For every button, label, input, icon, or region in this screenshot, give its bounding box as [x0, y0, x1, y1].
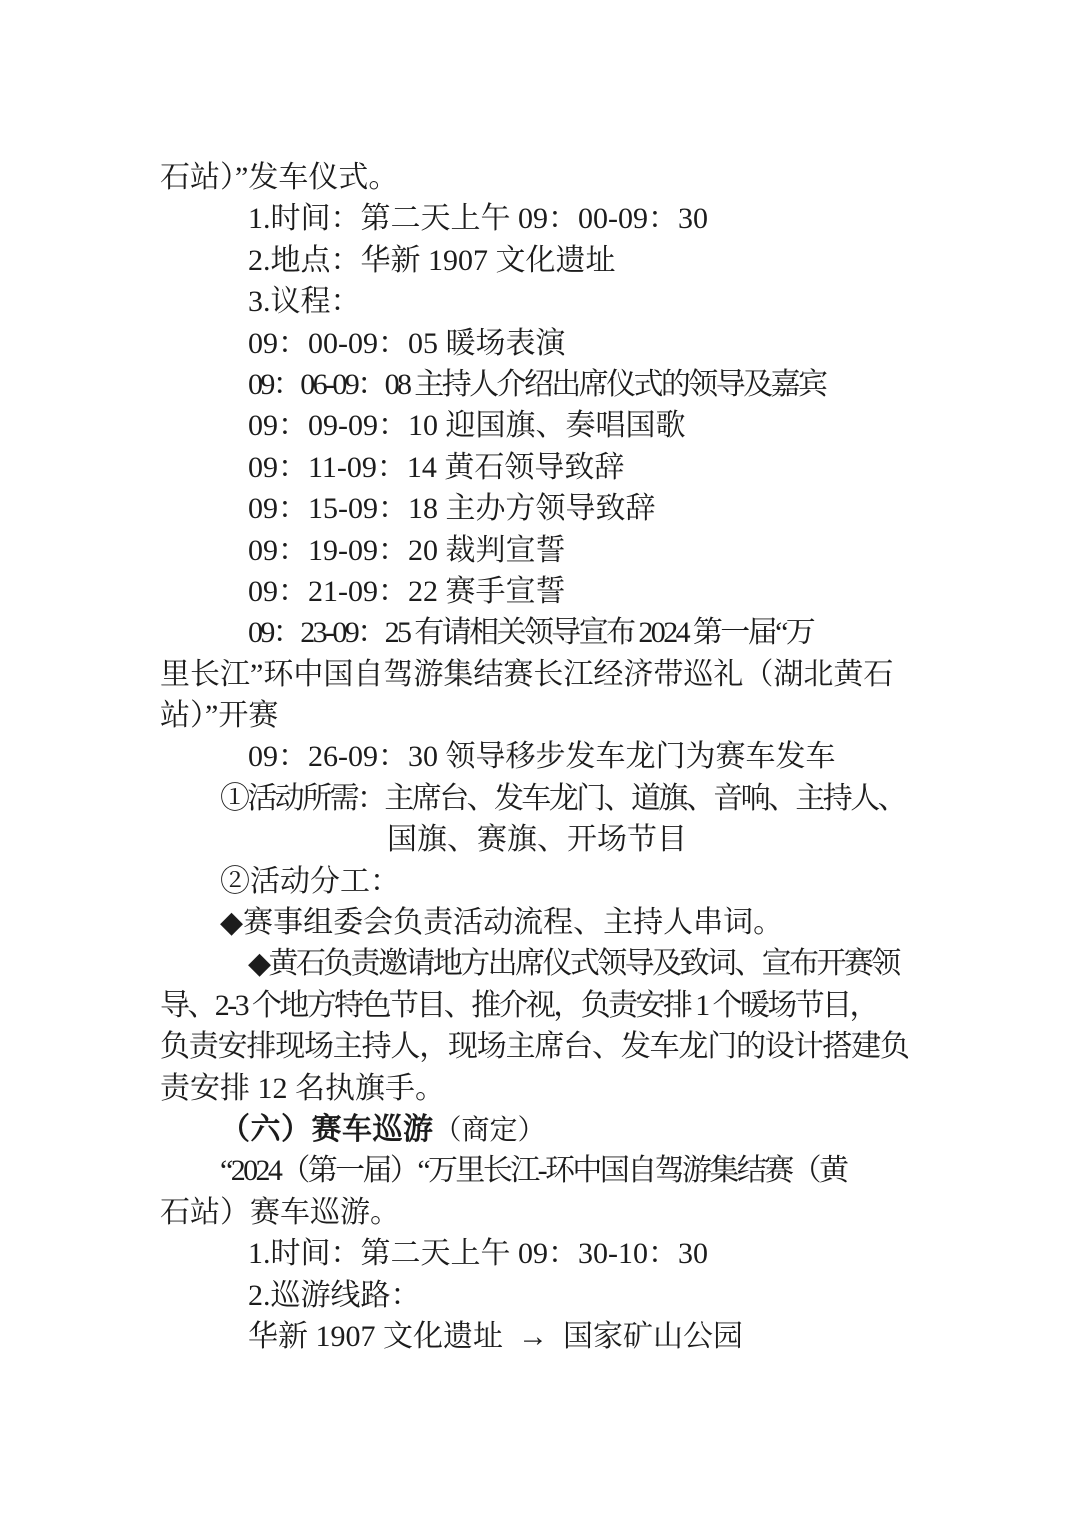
text-segment: 09：11-09：14 黄石领导致辞 — [248, 451, 624, 484]
text-segment: ①活动所需：主席台、发车龙门、道旗、音响、主持人、 — [220, 782, 905, 815]
text-segment: 09：06-09：08 主持人介绍出席仪式的领导及嘉宾 — [248, 368, 825, 401]
text-line: 国旗、赛旗、开场节目 — [160, 819, 914, 860]
text-segment: 1.时间：第二天上午 09：30-10：30 — [248, 1237, 708, 1270]
text-segment: 导、2-3 个地方特色节目、推介视，负责安排 1 个暖场节目， — [160, 989, 877, 1022]
text-segment: 站）”开赛 — [160, 699, 278, 732]
text-segment: 石站）赛车巡游。 — [160, 1196, 400, 1229]
text-segment: 09：19-09：20 裁判宣誓 — [248, 534, 566, 567]
text-segment: 2.地点：华新 1907 文化遗址 — [248, 244, 616, 277]
text-segment: 华新 1907 文化遗址 → 国家矿山公园 — [248, 1320, 743, 1353]
text-line: 09：09-09：10 迎国旗、奏唱国歌 — [160, 405, 914, 446]
text-segment: 09：23-09：25 有请相关领导宣布 2024 第一届“万 — [248, 616, 813, 649]
text-line: 09：00-09：05 暖场表演 — [160, 323, 914, 364]
text-line: ◆赛事组委会负责活动流程、主持人串词。 — [160, 902, 914, 943]
text-segment: ②活动分工： — [220, 865, 400, 898]
text-segment: 负责安排现场主持人，现场主席台、发车龙门的设计搭建负 — [160, 1030, 909, 1063]
text-segment: ◆黄石负责邀请地方出席仪式领导及致词、宣布开赛领 — [248, 947, 899, 980]
text-line: 09：11-09：14 黄石领导致辞 — [160, 447, 914, 488]
document-text: 石站）”发车仪式。1.时间：第二天上午 09：00-09：302.地点：华新 1… — [160, 157, 914, 1357]
text-line: 09：15-09：18 主办方领导致辞 — [160, 488, 914, 529]
text-line: 1.时间：第二天上午 09：30-10：30 — [160, 1233, 914, 1274]
text-line: ◆黄石负责邀请地方出席仪式领导及致词、宣布开赛领 — [160, 943, 914, 984]
text-segment: （六）赛车巡游 — [220, 1113, 434, 1146]
text-segment: 2.巡游线路： — [248, 1279, 421, 1312]
text-line: 2.巡游线路： — [160, 1275, 914, 1316]
text-segment: 1.时间：第二天上午 09：00-09：30 — [248, 202, 708, 235]
text-line: “2024（第一届）“万里长江-环中国自驾游集结赛（黄 — [160, 1150, 914, 1191]
text-line: 1.时间：第二天上午 09：00-09：30 — [160, 198, 914, 239]
text-line: 责安排 12 名执旗手。 — [160, 1068, 914, 1109]
text-segment: 09：09-09：10 迎国旗、奏唱国歌 — [248, 409, 686, 442]
text-line: 09：19-09：20 裁判宣誓 — [160, 530, 914, 571]
text-segment: 责安排 12 名执旗手。 — [160, 1072, 445, 1105]
text-line: 导、2-3 个地方特色节目、推介视，负责安排 1 个暖场节目， — [160, 985, 914, 1026]
text-line: （六）赛车巡游（商定） — [160, 1109, 914, 1150]
text-line: 站）”开赛 — [160, 695, 914, 736]
text-line: 09：21-09：22 赛手宣誓 — [160, 571, 914, 612]
document-page: 石站）”发车仪式。1.时间：第二天上午 09：00-09：302.地点：华新 1… — [0, 0, 1074, 1520]
text-segment: 国旗、赛旗、开场节目 — [387, 823, 687, 856]
text-line: 3.议程： — [160, 281, 914, 322]
text-segment: 石站）”发车仪式。 — [160, 161, 398, 194]
text-line: 2.地点：华新 1907 文化遗址 — [160, 240, 914, 281]
text-line: 里长江”环中国自驾游集结赛长江经济带巡礼（湖北黄石 — [160, 654, 914, 695]
text-line: 石站）赛车巡游。 — [160, 1192, 914, 1233]
text-line: 09：23-09：25 有请相关领导宣布 2024 第一届“万 — [160, 612, 914, 653]
text-segment: 09：26-09：30 领导移步发车龙门为赛车发车 — [248, 740, 836, 773]
text-segment: 09：21-09：22 赛手宣誓 — [248, 575, 566, 608]
text-segment: ◆赛事组委会负责活动流程、主持人串词。 — [220, 906, 783, 939]
text-line: ②活动分工： — [160, 861, 914, 902]
text-line: 09：06-09：08 主持人介绍出席仪式的领导及嘉宾 — [160, 364, 914, 405]
text-line: 华新 1907 文化遗址 → 国家矿山公园 — [160, 1316, 914, 1357]
text-line: ①活动所需：主席台、发车龙门、道旗、音响、主持人、 — [160, 778, 914, 819]
text-segment: （商定） — [434, 1115, 546, 1146]
text-segment: 3.议程： — [248, 285, 361, 318]
text-line: 09：26-09：30 领导移步发车龙门为赛车发车 — [160, 736, 914, 777]
text-segment: 里长江”环中国自驾游集结赛长江经济带巡礼（湖北黄石 — [160, 658, 893, 691]
text-segment: 09：00-09：05 暖场表演 — [248, 327, 566, 360]
text-line: 石站）”发车仪式。 — [160, 157, 914, 198]
text-line: 负责安排现场主持人，现场主席台、发车龙门的设计搭建负 — [160, 1026, 914, 1067]
text-segment: 09：15-09：18 主办方领导致辞 — [248, 492, 656, 525]
text-segment: “2024（第一届）“万里长江-环中国自驾游集结赛（黄 — [220, 1154, 846, 1187]
